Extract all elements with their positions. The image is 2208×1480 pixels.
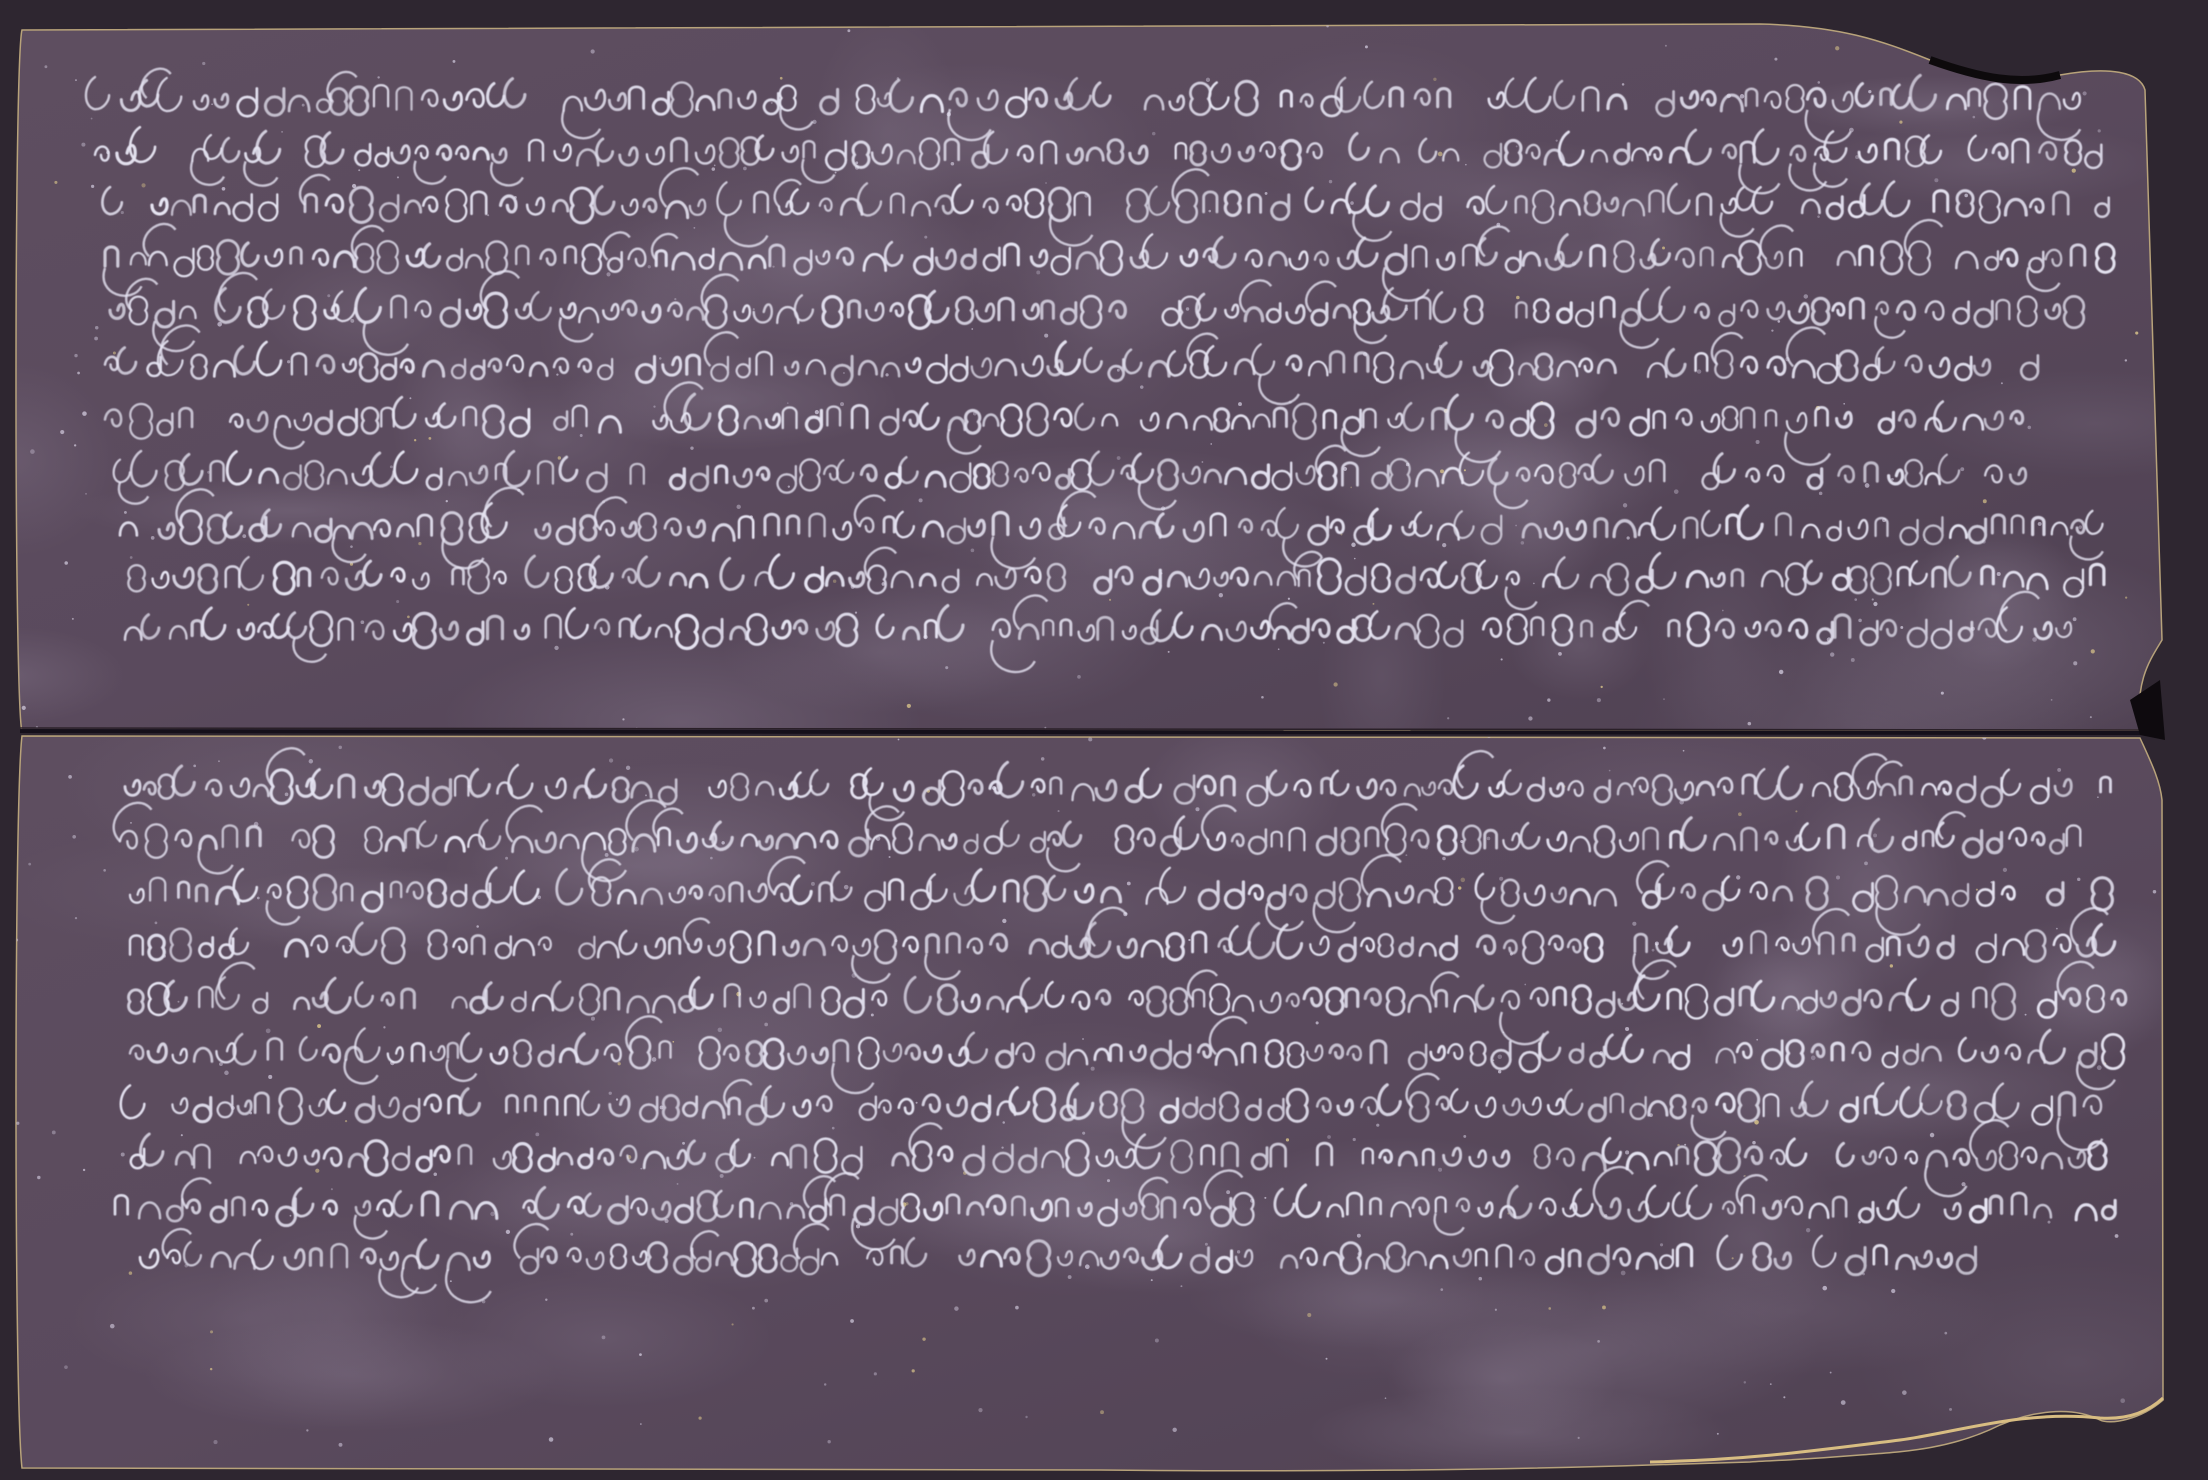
manuscript-photo <box>0 0 2208 1480</box>
lower-leaf <box>0 695 2208 1479</box>
upper-leaf <box>0 11 2208 825</box>
manuscript-canvas <box>0 0 2208 1480</box>
